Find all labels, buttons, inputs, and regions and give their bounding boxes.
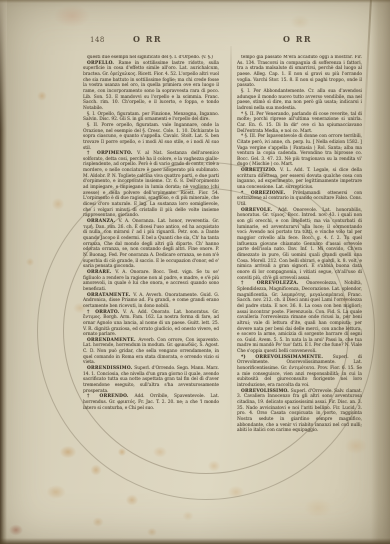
entry-headword: ORPELLO. xyxy=(87,61,118,66)
page-edge-bottom xyxy=(0,538,390,544)
dictionary-entry: tempo già passato M'era accaduto oggi a … xyxy=(237,55,362,89)
dictionary-entry: ORREVOLISSIMO. Superl. d'Orrevole. Salv.… xyxy=(237,389,362,433)
entry-headword: ORRENDAMENTE. xyxy=(87,338,138,343)
dictionary-entry: † ORREVOLEZZA. Onorevolezza, Nobiltà, Sp… xyxy=(237,281,362,355)
entry-headword: † ORPIMENTO. xyxy=(87,151,137,156)
dictionary-entry: ORRENDAMENTE. Avverb. Con orrore, Con is… xyxy=(83,338,219,366)
page-edge-top xyxy=(0,0,390,3)
page-number: 148 xyxy=(90,36,105,44)
running-head-right: O RR xyxy=(283,34,312,44)
dictionary-entry: §. I. Per Abbondantemente. Cr. alla sua … xyxy=(237,89,362,112)
page-edge-left-fade xyxy=(0,0,7,130)
dictionary-entry: ORREVOLE. Add. Onorevole. Lat. honorabil… xyxy=(237,208,362,282)
dictionary-entry: ORPELLO. Rame in sottilissime lastre rid… xyxy=(83,61,219,112)
entry-headword: ORREVOLISSIMO. xyxy=(241,389,291,394)
text-column-left: questi due esempli nel significato del §… xyxy=(83,55,219,433)
dictionary-entry: † ORPIMENTO. V. al Nat. Sostanza dell'ar… xyxy=(83,151,219,219)
entry-headword: ORRATAMENTE. xyxy=(87,293,133,298)
entry-headword: † ORREVOLEZZA. xyxy=(241,281,306,286)
entry-headword: † ORRATO. xyxy=(87,310,123,315)
entry-headword: ORRANZA. xyxy=(87,219,119,224)
entry-headword: † ORRENDO. xyxy=(87,394,134,399)
dictionary-entry: † ORRENDO. Add. Orribile, Spaventevole. … xyxy=(83,394,219,411)
dictionary-entry: ORRARE. V. A. Onorare. Bocc. Test. vign.… xyxy=(83,270,219,293)
dictionary-entry: † ORRATO. V. A. Add. Onorato. Lat. honor… xyxy=(83,310,219,338)
entry-headword: *) ORREVOLISSIMAMENTE. xyxy=(241,355,333,360)
entry-headword: ORRARE. xyxy=(87,270,115,275)
dictionary-entry: * ORREZIONE. Proclamandi ottenersi con s… xyxy=(237,191,362,208)
running-head-left: O RR xyxy=(133,34,162,44)
dictionary-entry: §. II. Porre orpello, figuratam. vale In… xyxy=(83,123,219,151)
entry-headword: ORREVOLE. xyxy=(241,208,278,213)
entry-headword: * ORREZIONE. xyxy=(241,191,293,196)
dictionary-entry: * §. III. Per Ispaventevole di donne con… xyxy=(237,134,362,168)
scanned-book-page: 148 O RR O RR questi due esempli nel sig… xyxy=(0,0,390,544)
dictionary-entry: §. I. Orpello, figuratam. per Finzione, … xyxy=(83,112,219,123)
dictionary-entry: ORRATAMENTE. V. A. Avverb. Onoratamente.… xyxy=(83,293,219,310)
entry-headword: ORRETTIZIO. xyxy=(241,168,280,173)
dictionary-entry: ORRETTIZIO. V. L. Add. T. Legale, si dic… xyxy=(237,168,362,191)
gutter-crease xyxy=(230,46,232,438)
dictionary-entry: ORRANZA. V. A. Onoranza. Lat. honor, rev… xyxy=(83,219,219,270)
dictionary-entry: * §. II. Per Venerando, parlando di cose… xyxy=(237,112,362,135)
dictionary-entry: ORRENDISSIMO. Superl. d'Orrendo. Segn. M… xyxy=(83,366,219,394)
text-column-right: tempo già passato M'era accaduto oggi a … xyxy=(237,55,362,433)
dictionary-entry: *) ORREVOLISSIMAMENTE. Superl. di Orrevo… xyxy=(237,355,362,389)
entry-headword: ORRENDISSIMO. xyxy=(87,366,134,371)
page-edge-right xyxy=(371,0,390,544)
